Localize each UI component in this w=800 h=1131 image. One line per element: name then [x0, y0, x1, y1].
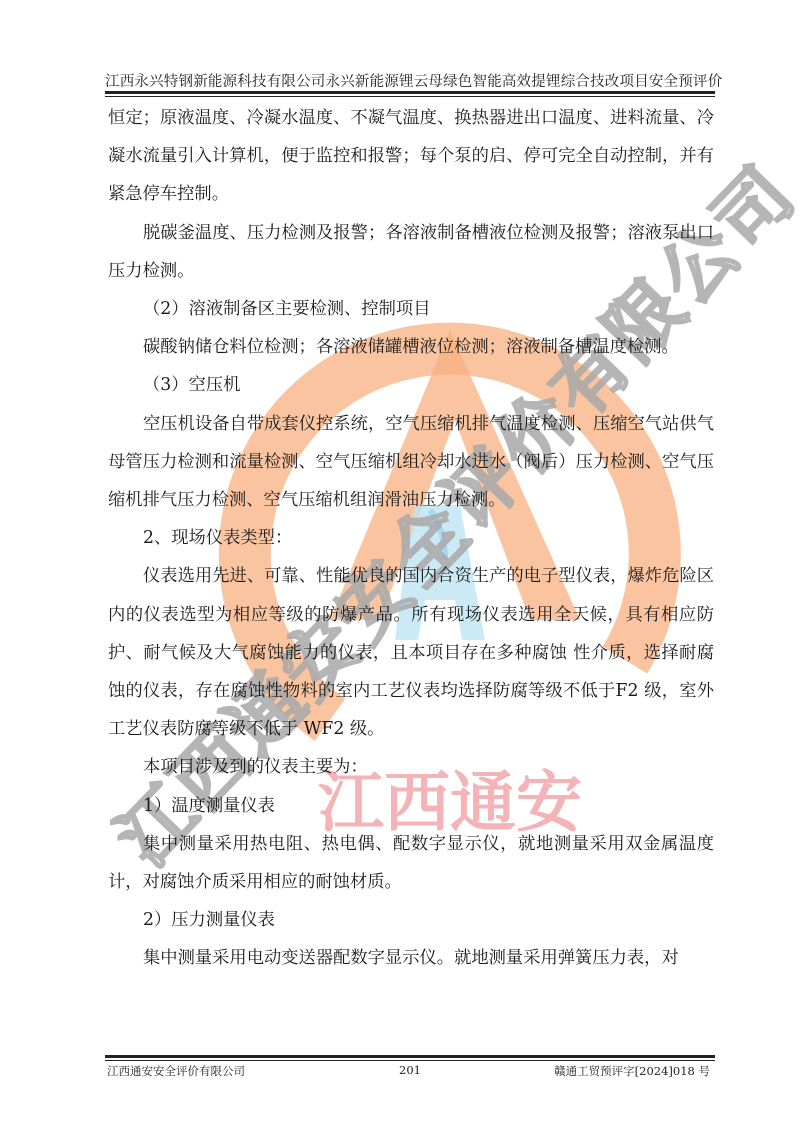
subheading-air-compressor: （3）空压机 — [108, 366, 714, 404]
paragraph-air-compressor-items: 空压机设备自带成套仪控系统，空气压缩机排气温度检测、压缩空气站供气母管压力检测和… — [108, 405, 714, 520]
paragraph-control-continuation: 恒定；原液温度、冷凝水温度、不凝气温度、换热器进出口温度、进料流量、冷凝水流量引… — [108, 99, 714, 214]
running-header-title: 江西永兴特钢新能源科技有限公司永兴新能源锂云母绿色智能高效提锂综合技改项目安全预… — [105, 70, 705, 91]
heading-field-instrument-types: 2、现场仪表类型： — [108, 519, 714, 557]
footer-divider-thick — [105, 1055, 715, 1058]
paragraph-instruments-intro: 本项目涉及到的仪表主要为： — [108, 748, 714, 786]
subheading-temperature-instruments: 1）温度测量仪表 — [108, 787, 714, 825]
document-number: 赣通工贸预评字[2024]018 号 — [554, 1063, 710, 1079]
paragraph-pressure-instruments: 集中测量采用电动变送器配数字显示仪。就地测量采用弹簧压力表，对 — [108, 939, 714, 977]
document-body: 恒定；原液温度、冷凝水温度、不凝气温度、换热器进出口温度、进料流量、冷凝水流量引… — [108, 99, 714, 978]
header-divider-thick — [105, 91, 715, 94]
document-page: 江西永兴特钢新能源科技有限公司永兴新能源锂云母绿色智能高效提锂综合技改项目安全预… — [0, 0, 800, 1131]
running-footer: 江西通安安全评价有限公司 201 赣通工贸预评字[2024]018 号 — [105, 1063, 715, 1081]
subheading-solution-preparation: （2）溶液制备区主要检测、控制项目 — [108, 290, 714, 328]
footer-divider-thin — [105, 1060, 715, 1061]
paragraph-solution-preparation-items: 碳酸钠储仓料位检测；各溶液储罐槽液位检测；溶液制备槽温度检测。 — [108, 328, 714, 366]
subheading-pressure-instruments: 2）压力测量仪表 — [108, 901, 714, 939]
paragraph-decarbonization-detection: 脱碳釜温度、压力检测及报警；各溶液制备槽液位检测及报警；溶液泵出口压力检测。 — [108, 214, 714, 290]
paragraph-instrument-selection: 仪表选用先进、可靠、性能优良的国内合资生产的电子型仪表，爆炸危险区内的仪表选型为… — [108, 557, 714, 748]
header-divider-thin — [105, 96, 715, 97]
paragraph-temperature-instruments: 集中测量采用热电阻、热电偶、配数字显示仪，就地测量采用双金属温度计，对腐蚀介质采… — [108, 825, 714, 901]
